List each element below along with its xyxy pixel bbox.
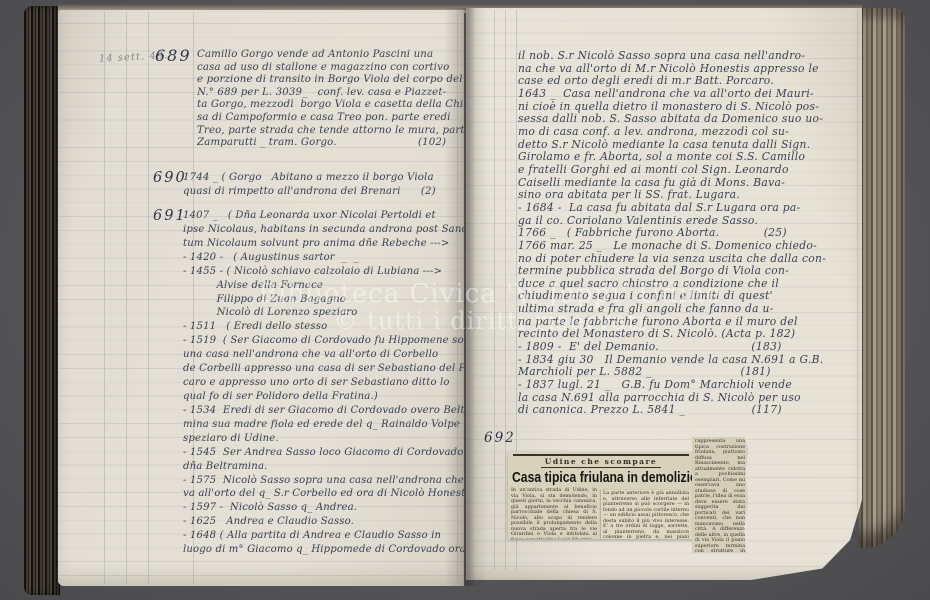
entry-691-text: 1407 _ ( Dña Leonarda uxor Nicolai Perto… bbox=[183, 209, 464, 557]
text-line: na che va all'orto di M.r Nicolò Honesti… bbox=[518, 63, 862, 76]
text-line: mo di casa conf. a lev. androna, mezzodì… bbox=[518, 126, 862, 139]
archive-register-photo: 14 sett. 49. 689 Camillo Gorgo vende ad … bbox=[0, 0, 930, 600]
text-line: - 1575 Nicolò Sasso sopra una casa nell'… bbox=[183, 474, 464, 488]
margin-rule bbox=[148, 12, 149, 584]
text-line: e fratelli Gorghi ed ai monti col Sign. … bbox=[518, 164, 862, 177]
text-line: la casa N.691 alla parrocchia di S. Nico… bbox=[518, 392, 862, 405]
clipping-rule bbox=[513, 454, 689, 456]
text-line: una casa nell'androna che va all'orto di… bbox=[183, 348, 464, 362]
text-line: speziaro di Udine. bbox=[183, 432, 464, 446]
text-line: sessa dalli nob. S. Sasso abitata da Dom… bbox=[518, 113, 862, 126]
text-line: caro e appresso uno orto di ser Sebastia… bbox=[183, 376, 464, 390]
clipping-headline: Casa tipica friulana in demolizione bbox=[512, 470, 662, 486]
text-line: - 1684 - La casa fu abitata dal S.r Luga… bbox=[518, 202, 862, 215]
entry-number-689: 689 bbox=[155, 46, 192, 65]
text-line: ipse Nicolaus, habitans in secunda andro… bbox=[183, 223, 464, 237]
entry-number-691: 691 bbox=[153, 208, 187, 224]
text-line: 1407 _ ( Dña Leonarda uxor Nicolai Perto… bbox=[183, 209, 464, 223]
clipping-column-2: La parte anteriore è già annullata e, at… bbox=[601, 490, 691, 539]
text-line: detto S.r Nicolò mediante la casa tenuta… bbox=[518, 139, 862, 152]
text-line: qual fo di ser Polidoro della Fratina.) bbox=[183, 390, 464, 404]
newspaper-clipping-main: Udine che scompare Casa tipica friulana … bbox=[508, 452, 694, 539]
text-line: e porzione di transito in Borgo Viola de… bbox=[197, 74, 465, 87]
text-line: tum Nicolaum solvunt pro anima dñe Rebec… bbox=[183, 237, 464, 251]
clipping-kicker: Udine che scompare bbox=[541, 457, 661, 468]
text-line: luogo di m° Giacomo q_ Hippomede di Cord… bbox=[183, 543, 464, 557]
text-line: termine pubblica strada del Borgo di Vio… bbox=[518, 265, 862, 278]
text-line: - 1597 - Nicolò Sasso q_ Andrea. bbox=[183, 501, 464, 515]
text-line: - 1519 ( Ser Giacomo di Cordovado fu Hip… bbox=[183, 334, 464, 348]
text-line: - 1420 - ( Augustinus sartor _ _ bbox=[183, 251, 464, 265]
text-line: Caiselli mediante la casa fu già di Mons… bbox=[518, 177, 862, 190]
text-line: ni cioè in quella dietro il monastero di… bbox=[518, 101, 862, 114]
text-line: Camillo Gorgo vende ad Antonio Pascini u… bbox=[197, 49, 465, 62]
entry-number-692: 692 bbox=[484, 430, 516, 446]
text-line: 1744 _ ( Gorgo Abitano a mezzo il borgo … bbox=[183, 171, 464, 185]
text-line: dña Beltramina. bbox=[183, 460, 464, 474]
text-line: - 1455 - ( Nicolò schiavo calzolaio di L… bbox=[183, 265, 464, 279]
newspaper-clipping-strip: rappresenta una tipica costruzione friul… bbox=[692, 437, 748, 553]
text-line: Treo, parte strada che tende attorno le … bbox=[197, 125, 465, 138]
text-line: - 1625 Andrea e Claudio Sasso. bbox=[183, 515, 464, 529]
text-line: - 1834 giu 30 Il Demanio vende la casa N… bbox=[518, 354, 862, 367]
text-line: ga il co. Coriolano Valentinis erede Sas… bbox=[518, 215, 862, 228]
text-line: mina sua madre fiola ed erede del q_ Rai… bbox=[183, 418, 464, 432]
clipping-column-1: In un'antica strada di Udine, in via Vio… bbox=[511, 488, 597, 539]
text-line: Marchioli per L. 5882 _ (181) bbox=[518, 366, 862, 379]
text-line: de Corbelli appresso una casa di ser Seb… bbox=[183, 362, 464, 376]
entry-690-text: 1744 _ ( Gorgo Abitano a mezzo il borgo … bbox=[183, 171, 464, 198]
text-line: - 1545 Ser Andrea Sasso loco Giacomo di … bbox=[183, 446, 464, 460]
text-line: N.° 689 per L. 3039_ conf. lev. casa e P… bbox=[197, 87, 465, 100]
text-line: - 1534 Eredi di ser Giacomo di Cordovado… bbox=[183, 404, 464, 418]
text-line: sa di Campoformio e casa Treo pon. parte… bbox=[197, 112, 465, 125]
text-line: ta Gorgo, mezzodì borgo Viola e casetta … bbox=[197, 99, 465, 112]
margin-rule bbox=[104, 12, 105, 584]
text-line: - 1837 lugl. 21 _ G.B. fu Dom° Marchioli… bbox=[518, 379, 862, 392]
book-spine-left-edge bbox=[24, 6, 60, 595]
text-line: il nob. S.r Nicolò Sasso sopra una casa … bbox=[518, 50, 862, 63]
entry-691-continuation-text: il nob. S.r Nicolò Sasso sopra una casa … bbox=[518, 50, 862, 417]
text-line: Zamparutti _ tram. Gorgo. (102) bbox=[197, 137, 465, 150]
text-line: no di poter chiudere la via senza uscita… bbox=[518, 253, 862, 266]
text-line: case ed orto degli eredi di m.r Batt. Po… bbox=[518, 75, 862, 88]
text-line: sino ora abitata per li SS. frat. Lugara… bbox=[518, 189, 862, 202]
text-line: va all'orto del q_ S.r Corbello ed ora d… bbox=[183, 487, 464, 501]
text-line: 1766 _ ( Fabbriche furono Aborta. (25) bbox=[518, 227, 862, 240]
text-line: quasi di rimpetto all'androna dei Brenar… bbox=[183, 185, 464, 199]
text-line: di canonica. Prezzo L. 5841 _ (117) bbox=[518, 404, 862, 417]
library-watermark-line2: © tutti i diritti riservati bbox=[300, 307, 680, 335]
entry-number-690: 690 bbox=[153, 170, 187, 186]
text-line: Girolamo e fr. Aborta, sol a monte coi S… bbox=[518, 151, 862, 164]
text-line: - 1648 ( Alla partita di Andrea e Claudi… bbox=[183, 529, 464, 543]
book-fore-edge-right bbox=[858, 8, 905, 548]
entry-689-text: Camillo Gorgo vende ad Antonio Pascini u… bbox=[197, 49, 465, 150]
text-line: 1766 mar. 25 _ Le monache di S. Domenico… bbox=[518, 240, 862, 253]
text-line: casa ad uso di stallone e magazzino con … bbox=[197, 62, 465, 75]
margin-rule bbox=[126, 12, 127, 584]
text-line: 1643 _ Casa nell'androna che va all'orto… bbox=[518, 88, 862, 101]
library-watermark-line1: Biblioteca Civica 'V. Joppi' Udine bbox=[240, 279, 740, 309]
text-line: - 1809 - E' del Demanio. (183) bbox=[518, 341, 862, 354]
